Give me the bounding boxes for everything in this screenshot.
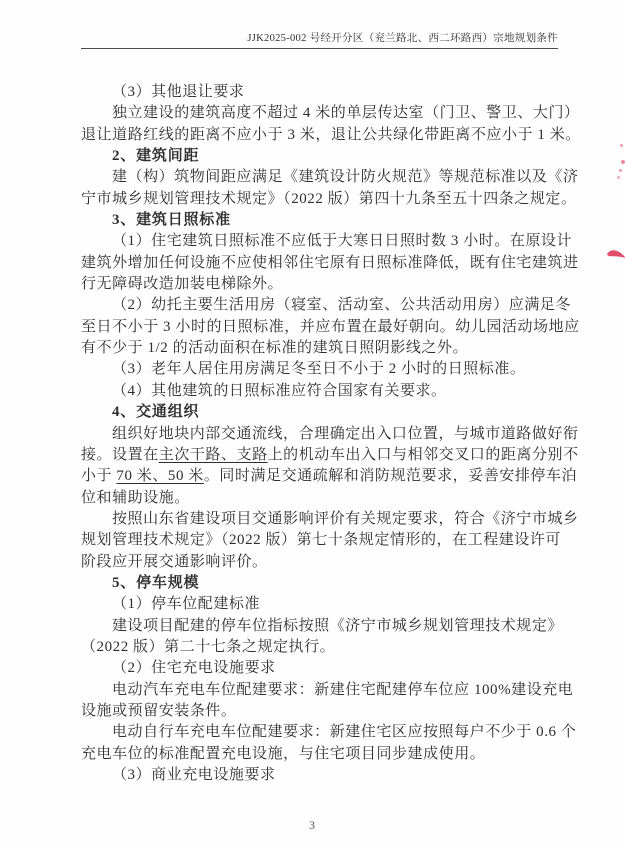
- doc-line: （3）其他退让要求: [81, 82, 566, 103]
- red-ink-speck: [619, 169, 622, 172]
- doc-line: 建筑外增加任何设施不应使相邻住宅原有日照标准降低，既有住宅建筑进: [81, 253, 566, 274]
- red-pen-tick-icon: [606, 247, 625, 263]
- doc-line: （1）住宅建筑日照标准不应低于大寒日日照时数 3 小时。在原设计: [81, 231, 566, 252]
- doc-line-segment: 接。设置在: [81, 447, 159, 463]
- doc-line: 退让道路红线的距离不应小于 3 米，退让公共绿化带距离不应小于 1 米。: [81, 125, 566, 146]
- doc-line: 充电车位的标准配置充电设施，与住宅项目同步建成使用。: [81, 744, 566, 765]
- section-heading-sunlight-standard: 3、建筑日照标准: [81, 210, 566, 231]
- doc-line: 设施或预留安装条件。: [81, 701, 566, 722]
- red-ink-speck: [620, 144, 623, 147]
- document-body: （3）其他退让要求 独立建设的建筑高度不超过 4 米的单层传达室（门卫、警卫、大…: [81, 82, 566, 786]
- doc-line: 建（构）筑物间距应满足《建筑设计防火规范》等规范标准以及《济: [81, 167, 566, 188]
- doc-line: 按照山东省建设项目交通影响评价有关规定要求，符合《济宁市城乡: [81, 509, 566, 530]
- doc-line: 接。设置在主次干路、支路上的机动车出入口与相邻交叉口的距离分别不: [81, 445, 566, 466]
- doc-line: 电动汽车充电车位配建要求：新建住宅配建停车位应 100%建设充电: [81, 680, 566, 701]
- doc-line: 规划管理技术规定》（2022 版）第七十条规定情形的，在工程建设许可: [81, 530, 566, 551]
- doc-line-segment: 上的机动车出入口与相邻交叉口的距离分别不: [268, 447, 579, 463]
- section-heading-building-spacing: 2、建筑间距: [81, 146, 566, 167]
- doc-line: （2）幼托主要生活用房（寝室、活动室、公共活动用房）应满足冬: [81, 295, 566, 316]
- doc-line: （3）老年人居住用房满足冬至日不小于 2 小时的日照标准。: [81, 359, 566, 380]
- red-ink-speck: [621, 160, 625, 164]
- doc-line: 有不少于 1/2 的活动面积在标准的建筑日照阴影线之外。: [81, 338, 566, 359]
- doc-line: 组织好地块内部交通流线，合理确定出入口位置，与城市道路做好衔: [81, 424, 566, 445]
- doc-line: （3）商业充电设施要求: [81, 765, 566, 786]
- doc-line-segment: 。同时满足交通疏解和消防规范要求，妥善安排停车泊: [204, 468, 577, 484]
- section-heading-traffic-organization: 4、交通组织: [81, 402, 566, 423]
- red-ink-speck: [617, 176, 620, 179]
- document-page: JJK2025-002 号经开分区（兖兰路北、西二环路西）宗地规划条件 （3）其…: [0, 0, 625, 849]
- doc-line: 阶段应开展交通影响评价。: [81, 552, 566, 573]
- page-header: JJK2025-002 号经开分区（兖兰路北、西二环路西）宗地规划条件: [81, 30, 558, 49]
- doc-line: 行无障碍改造加装电梯除外。: [81, 274, 566, 295]
- doc-line: 独立建设的建筑高度不超过 4 米的单层传达室（门卫、警卫、大门）: [81, 103, 566, 124]
- doc-line: 至日不小于 3 小时的日照标准，并应布置在最好朝向。幼儿园活动场地应: [81, 317, 566, 338]
- doc-line: （1）停车位配建标准: [81, 594, 566, 615]
- doc-line: （2）住宅充电设施要求: [81, 658, 566, 679]
- doc-line-segment: 小于: [81, 468, 116, 484]
- header-title: JJK2025-002 号经开分区（兖兰路北、西二环路西）宗地规划条件: [247, 33, 558, 44]
- underlined-road-types: 主次干路、支路: [159, 447, 268, 463]
- section-heading-parking-scale: 5、停车规模: [81, 573, 566, 594]
- doc-line: 位和辅助设施。: [81, 488, 566, 509]
- doc-line: （4）其他建筑的日照标准应符合国家有关要求。: [81, 381, 566, 402]
- page-number: 3: [0, 818, 625, 833]
- doc-line: 电动自行车充电车位配建要求：新建住宅区应按照每户不少于 0.6 个: [81, 722, 566, 743]
- doc-line: 小于 70 米、50 米。同时满足交通疏解和消防规范要求，妥善安排停车泊: [81, 466, 566, 487]
- doc-line: 宁市城乡规划管理技术规定》（2022 版）第四十九条至五十四条之规定。: [81, 189, 566, 210]
- doc-line: （2022 版）第二十七条之规定执行。: [81, 637, 566, 658]
- underlined-distances: 70 米、50 米: [116, 468, 203, 484]
- doc-line: 建设项目配建的停车位指标按照《济宁市城乡规划管理技术规定》: [81, 616, 566, 637]
